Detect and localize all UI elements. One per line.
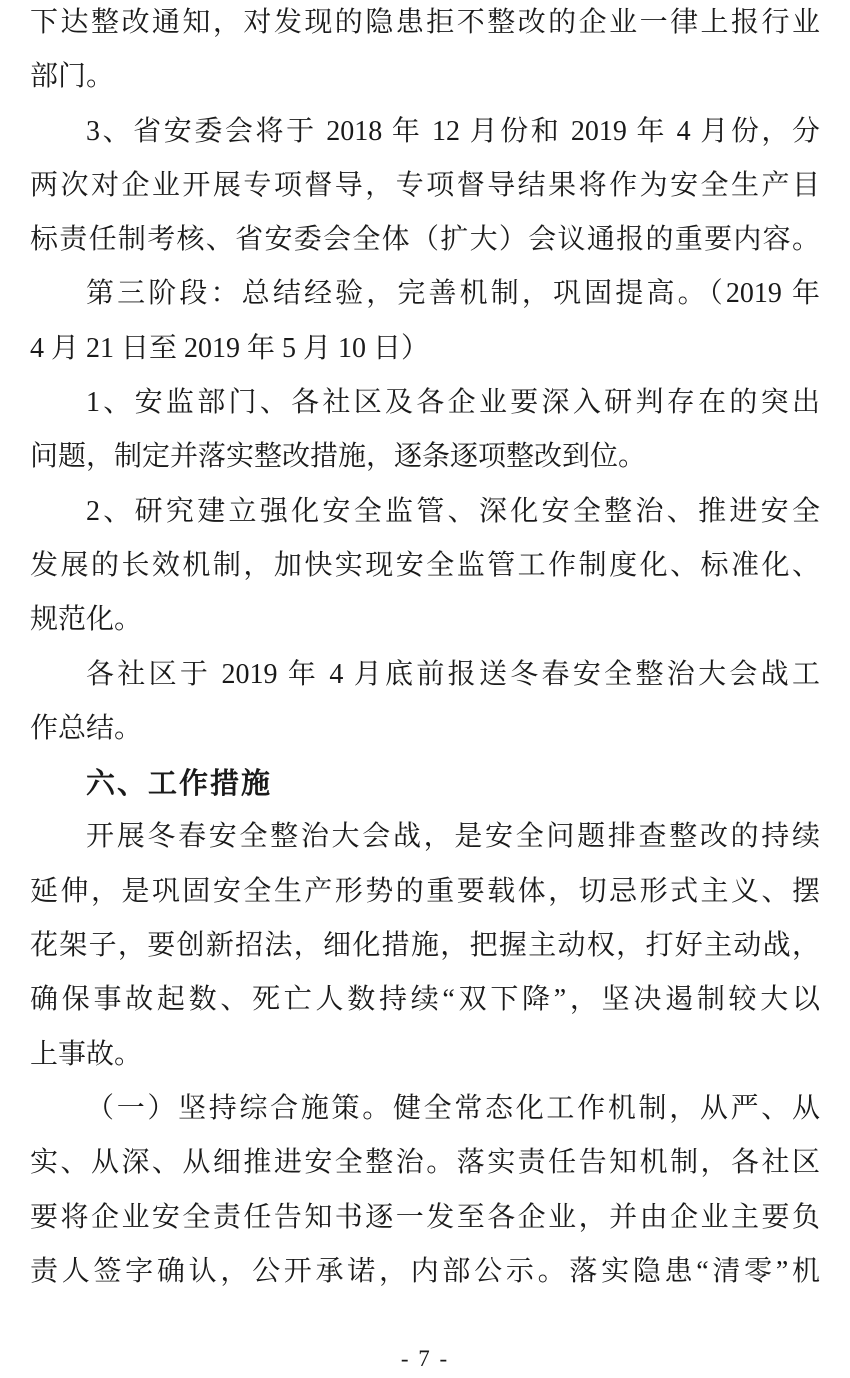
page-number: - 7 -: [0, 1346, 850, 1376]
text-line: 问题，制定并落实整改措施，逐条逐项整改到位。: [30, 430, 820, 484]
text-line: 两次对企业开展专项督导，专项督导结果将作为安全生产目: [30, 159, 820, 213]
text-line: 标责任制考核、省安委会全体（扩大）会议通报的重要内容。: [30, 213, 820, 267]
text-line: 3、省安委会将于 2018 年 12 月份和 2019 年 4 月份，分: [30, 105, 820, 159]
text-line: 部门。: [30, 50, 820, 104]
text-line: 上事故。: [30, 1028, 820, 1082]
text-line: 责人签字确认，公开承诺，内部公示。落实隐患“清零”机: [30, 1245, 820, 1299]
text-line: 下达整改通知，对发现的隐患拒不整改的企业一律上报行业: [30, 0, 820, 50]
document-body: 下达整改通知，对发现的隐患拒不整改的企业一律上报行业 部门。 3、省安委会将于 …: [30, 0, 820, 1299]
text-line: 2、研究建立强化安全监管、深化安全整治、推进安全: [30, 485, 820, 539]
text-line: 规范化。: [30, 593, 820, 647]
text-line: 4 月 21 日至 2019 年 5 月 10 日）: [30, 322, 820, 376]
text-line: 各社区于 2019 年 4 月底前报送冬春安全整治大会战工: [30, 648, 820, 702]
section-heading: 六、工作措施: [30, 756, 820, 810]
document-page: 下达整改通知，对发现的隐患拒不整改的企业一律上报行业 部门。 3、省安委会将于 …: [0, 0, 850, 1378]
text-line: 花架子，要创新招法，细化措施，把握主动权，打好主动战，: [30, 919, 820, 973]
text-line: 实、从深、从细推进安全整治。落实责任告知机制，各社区: [30, 1136, 820, 1190]
text-line: 开展冬春安全整治大会战，是安全问题排查整改的持续: [30, 810, 820, 864]
text-line: 第三阶段：总结经验，完善机制，巩固提高。（2019 年: [30, 267, 820, 321]
text-line: 1、安监部门、各社区及各企业要深入研判存在的突出: [30, 376, 820, 430]
text-line: 确保事故起数、死亡人数持续“双下降”，坚决遏制较大以: [30, 973, 820, 1027]
text-line: （一）坚持综合施策。健全常态化工作机制，从严、从: [30, 1082, 820, 1136]
text-line: 延伸，是巩固安全生产形势的重要载体，切忌形式主义、摆: [30, 865, 820, 919]
text-line: 要将企业安全责任告知书逐一发至各企业，并由企业主要负: [30, 1191, 820, 1245]
text-line: 作总结。: [30, 702, 820, 756]
text-line: 发展的长效机制，加快实现安全监管工作制度化、标准化、: [30, 539, 820, 593]
